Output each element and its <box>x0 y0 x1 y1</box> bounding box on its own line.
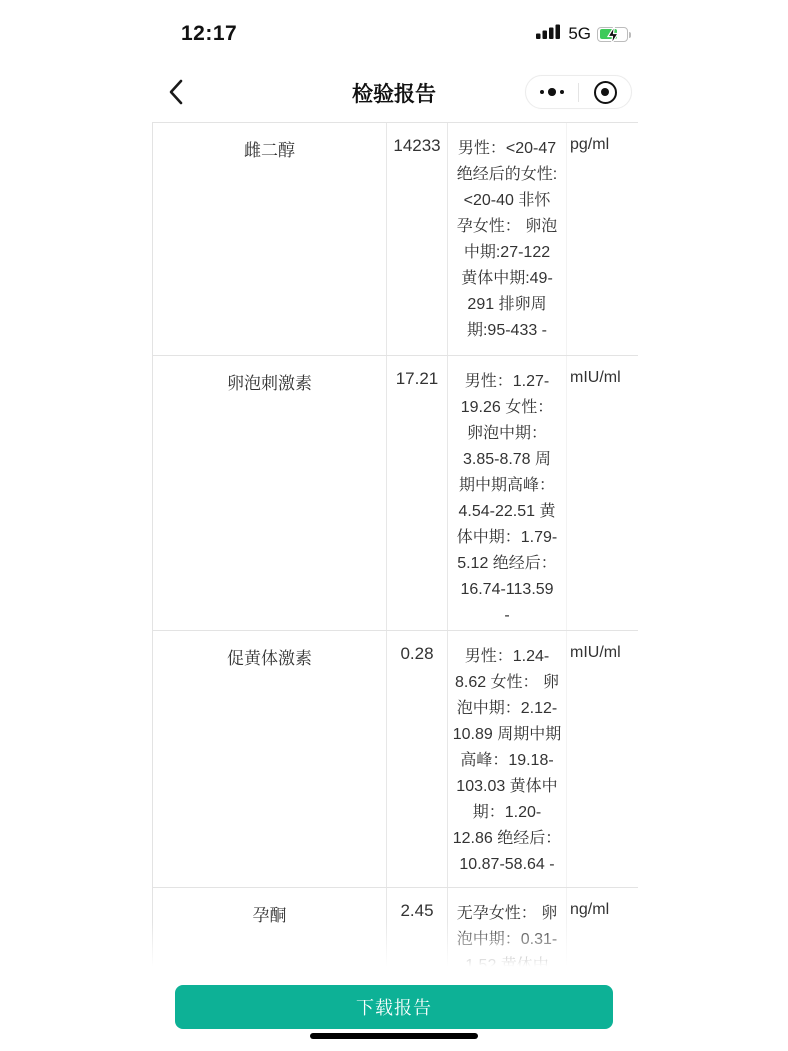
test-unit: ng/ml <box>566 888 638 970</box>
table-row: 孕酮 2.45 无孕女性： 卵 泡中期：0.31- 1.52 黄体中 ng/ml <box>153 888 638 970</box>
test-unit: pg/ml <box>566 123 638 355</box>
cellular-signal-icon <box>536 24 562 44</box>
battery-charging-icon <box>597 27 628 42</box>
test-value: 2.45 <box>386 888 448 970</box>
reference-range: 无孕女性： 卵 泡中期：0.31- 1.52 黄体中 <box>448 888 566 970</box>
test-name: 卵泡刺激素 <box>153 356 386 630</box>
table-row: 雌二醇 14233 男性：<20-47 绝经后的女性: <20-40 非怀 孕女… <box>153 123 638 356</box>
test-name: 孕酮 <box>153 888 386 970</box>
test-value: 0.28 <box>386 631 448 887</box>
network-type-label: 5G <box>568 24 591 44</box>
test-name: 雌二醇 <box>153 123 386 355</box>
status-right-cluster: 5G <box>536 24 628 44</box>
page: 12:17 5G <box>0 0 788 1051</box>
test-value: 17.21 <box>386 356 448 630</box>
status-time: 12:17 <box>181 22 237 46</box>
test-name: 促黄体激素 <box>153 631 386 887</box>
circled-dot-icon <box>594 81 617 104</box>
nav-bar: 检验报告 <box>150 70 638 116</box>
phone-screen: 12:17 5G <box>150 0 638 1051</box>
test-unit: mIU/ml <box>566 356 638 630</box>
test-value: 14233 <box>386 123 448 355</box>
table-row: 卵泡刺激素 17.21 男性：1.27- 19.26 女性： 卵泡中期： 3.8… <box>153 356 638 631</box>
reference-range: 男性：<20-47 绝经后的女性: <20-40 非怀 孕女性： 卵泡 中期:2… <box>448 123 566 355</box>
lab-results-table: 雌二醇 14233 男性：<20-47 绝经后的女性: <20-40 非怀 孕女… <box>152 122 638 970</box>
miniprogram-capsule <box>525 75 632 109</box>
more-dots-icon <box>540 90 545 95</box>
more-options-button[interactable] <box>526 76 578 108</box>
home-indicator-bar <box>310 1033 478 1039</box>
exit-miniprogram-button[interactable] <box>579 76 631 108</box>
reference-range: 男性：1.24- 8.62 女性： 卵 泡中期：2.12- 10.89 周期中期… <box>448 631 566 887</box>
test-unit: mIU/ml <box>566 631 638 887</box>
table-row: 促黄体激素 0.28 男性：1.24- 8.62 女性： 卵 泡中期：2.12-… <box>153 631 638 888</box>
download-report-button[interactable]: 下载报告 <box>175 985 613 1029</box>
reference-range: 男性：1.27- 19.26 女性： 卵泡中期： 3.85-8.78 周 期中期… <box>448 356 566 630</box>
status-bar: 12:17 5G <box>150 18 638 54</box>
report-scroll-area[interactable]: 雌二醇 14233 男性：<20-47 绝经后的女性: <20-40 非怀 孕女… <box>150 122 638 970</box>
